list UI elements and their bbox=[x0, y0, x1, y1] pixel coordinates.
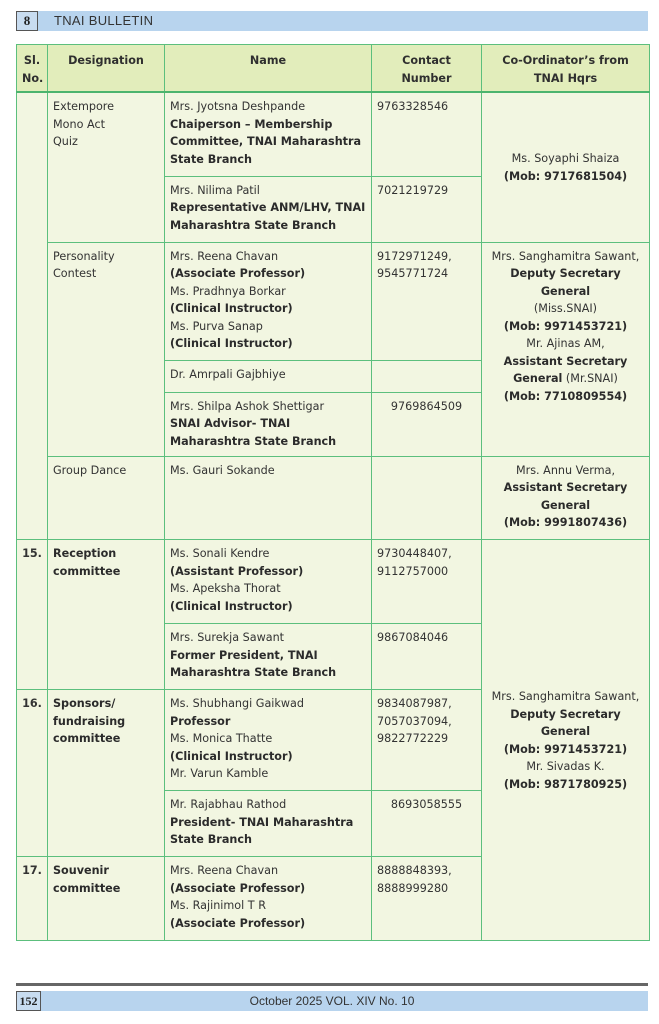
designation-text: Personality bbox=[53, 248, 159, 266]
person-role: Professor bbox=[170, 713, 366, 731]
name-cell: Ms. Shubhangi Gaikwad Professor Ms. Moni… bbox=[165, 690, 372, 791]
person-name: Ms. Shubhangi Gaikwad bbox=[170, 695, 366, 713]
contact-number: 9730448407, bbox=[377, 545, 476, 563]
name-cell: Mrs. Shilpa Ashok Shettigar SNAI Advisor… bbox=[165, 392, 372, 456]
name-cell: Mrs. Jyotsna Deshpande Chaiperson – Memb… bbox=[165, 92, 372, 176]
designation-text: committee bbox=[53, 730, 159, 748]
contact-cell bbox=[372, 456, 482, 540]
coordinator-name: Ms. Soyaphi Shaiza bbox=[487, 150, 644, 168]
person-name: Ms. Rajinimol T R bbox=[170, 897, 366, 915]
person-name: Ms. Apeksha Thorat bbox=[170, 580, 366, 598]
table-row: Extempore Mono Act Quiz Mrs. Jyotsna Des… bbox=[17, 92, 650, 176]
person-name: Mrs. Jyotsna Deshpande bbox=[170, 98, 366, 116]
coordinator-name: Mrs. Sanghamitra Sawant, bbox=[487, 688, 644, 706]
col-header-sl: Sl. No. bbox=[17, 45, 48, 93]
name-cell: Mrs. Nilima Patil Representative ANM/LHV… bbox=[165, 176, 372, 242]
coordinator-title: General bbox=[487, 497, 644, 515]
col-header-name: Name bbox=[165, 45, 372, 93]
col-header-text: No. bbox=[22, 70, 42, 88]
col-header-contact: Contact Number bbox=[372, 45, 482, 93]
person-role: President- TNAI Maharashtra State Branch bbox=[170, 814, 366, 849]
footer-page-number: 152 bbox=[16, 991, 41, 1011]
person-role: (Clinical Instructor) bbox=[170, 300, 366, 318]
coordinator-title: Deputy Secretary General bbox=[487, 265, 644, 300]
bulletin-title: TNAI BULLETIN bbox=[54, 11, 153, 31]
coordinator-cell: Ms. Soyaphi Shaiza (Mob: 9717681504) bbox=[482, 92, 650, 242]
designation-text: committee bbox=[53, 880, 159, 898]
coordinator-title: Deputy Secretary General bbox=[487, 706, 644, 741]
table-row: Personality Contest Mrs. Reena Chavan (A… bbox=[17, 242, 650, 360]
coordinator-name: Mr. Sivadas K. bbox=[487, 758, 644, 776]
coordinator-note: (Miss.SNAI) bbox=[487, 300, 644, 318]
coordinator-cell: Mrs. Sanghamitra Sawant, Deputy Secretar… bbox=[482, 242, 650, 456]
person-name: Mrs. Surekja Sawant bbox=[170, 629, 366, 647]
contact-number: 9112757000 bbox=[377, 563, 476, 581]
person-name: Mr. Varun Kamble bbox=[170, 765, 366, 783]
person-name: Mrs. Reena Chavan bbox=[170, 862, 366, 880]
designation-text: Souvenir bbox=[53, 862, 159, 880]
issue-info: October 2025 VOL. XIV No. 10 bbox=[16, 991, 648, 1011]
contact-cell: 8693058555 bbox=[372, 791, 482, 857]
contact-cell: 9769864509 bbox=[372, 392, 482, 456]
person-name: Mrs. Reena Chavan bbox=[170, 248, 366, 266]
col-header-text: TNAI Hqrs bbox=[487, 70, 644, 88]
person-role: (Clinical Instructor) bbox=[170, 748, 366, 766]
coordinator-mobile: (Mob: 7710809554) bbox=[487, 388, 644, 406]
coordinator-mobile: (Mob: 9871780925) bbox=[487, 776, 644, 794]
contact-number: 9172971249, bbox=[377, 248, 476, 266]
coordinator-title: Assistant Secretary bbox=[487, 479, 644, 497]
person-role: (Clinical Instructor) bbox=[170, 335, 366, 353]
name-cell: Mrs. Reena Chavan (Associate Professor) … bbox=[165, 857, 372, 941]
person-role: Representative ANM/LHV, TNAI Maharashtra… bbox=[170, 199, 366, 234]
designation-text: Reception bbox=[53, 545, 159, 563]
person-name: Mrs. Nilima Patil bbox=[170, 182, 366, 200]
coordinator-note: (Mr.SNAI) bbox=[566, 372, 618, 385]
designation-cell: Extempore Mono Act Quiz bbox=[48, 92, 165, 242]
contact-number: 7057037094, bbox=[377, 713, 476, 731]
table-row: 15. Reception committee Ms. Sonali Kendr… bbox=[17, 540, 650, 624]
sl-cell: 17. bbox=[17, 857, 48, 941]
contact-number: 9822772229 bbox=[377, 730, 476, 748]
table-row: Group Dance Ms. Gauri Sokande Mrs. Annu … bbox=[17, 456, 650, 540]
designation-text: Sponsors/ bbox=[53, 695, 159, 713]
contact-cell: 9867084046 bbox=[372, 624, 482, 690]
person-name: Ms. Sonali Kendre bbox=[170, 545, 366, 563]
person-role: (Clinical Instructor) bbox=[170, 598, 366, 616]
sl-cell: 15. bbox=[17, 540, 48, 690]
coordinator-mobile: (Mob: 9971453721) bbox=[487, 318, 644, 336]
name-cell: Dr. Amrpali Gajbhiye bbox=[165, 360, 372, 392]
person-role: (Assistant Professor) bbox=[170, 563, 366, 581]
col-header-designation: Designation bbox=[48, 45, 165, 93]
contact-number: 8888848393, bbox=[377, 862, 476, 880]
name-cell: Mrs. Surekja Sawant Former President, TN… bbox=[165, 624, 372, 690]
designation-text: fundraising bbox=[53, 713, 159, 731]
sl-cell bbox=[17, 92, 48, 540]
designation-text: Contest bbox=[53, 265, 159, 283]
person-role: (Associate Professor) bbox=[170, 880, 366, 898]
footer-divider bbox=[16, 983, 648, 986]
coordinator-cell: Mrs. Annu Verma, Assistant Secretary Gen… bbox=[482, 456, 650, 540]
contact-cell: 9730448407, 9112757000 bbox=[372, 540, 482, 624]
contact-cell: 9763328546 bbox=[372, 92, 482, 176]
designation-text: committee bbox=[53, 563, 159, 581]
coordinator-mobile: (Mob: 9717681504) bbox=[487, 168, 644, 186]
coordinator-name: Mrs. Sanghamitra Sawant, bbox=[487, 248, 644, 266]
person-role: Former President, TNAI Maharashtra State… bbox=[170, 647, 366, 682]
coordinator-title: Assistant Secretary bbox=[487, 353, 644, 371]
name-cell: Ms. Sonali Kendre (Assistant Professor) … bbox=[165, 540, 372, 624]
contact-cell: 7021219729 bbox=[372, 176, 482, 242]
contact-number: 9834087987, bbox=[377, 695, 476, 713]
header-page-number: 8 bbox=[16, 11, 38, 31]
person-name: Ms. Pradhnya Borkar bbox=[170, 283, 366, 301]
contact-cell bbox=[372, 360, 482, 392]
col-header-text: Co-Ordinator’s from bbox=[487, 52, 644, 70]
person-name: Dr. Amrpali Gajbhiye bbox=[170, 366, 366, 384]
person-name: Ms. Gauri Sokande bbox=[170, 462, 366, 480]
person-role: SNAI Advisor- TNAI Maharashtra State Bra… bbox=[170, 415, 366, 450]
coordinator-mobile: (Mob: 9971453721) bbox=[487, 741, 644, 759]
person-role: Chaiperson – Membership Committee, TNAI … bbox=[170, 116, 366, 169]
name-cell: Ms. Gauri Sokande bbox=[165, 456, 372, 540]
designation-cell: Personality Contest bbox=[48, 242, 165, 456]
contact-cell: 9834087987, 7057037094, 9822772229 bbox=[372, 690, 482, 791]
person-role: (Associate Professor) bbox=[170, 915, 366, 933]
col-header-coordinator: Co-Ordinator’s from TNAI Hqrs bbox=[482, 45, 650, 93]
designation-text: Quiz bbox=[53, 133, 159, 151]
person-name: Mrs. Shilpa Ashok Shettigar bbox=[170, 398, 366, 416]
designation-text: Extempore bbox=[53, 98, 159, 116]
designation-cell: Group Dance bbox=[48, 456, 165, 540]
col-header-text: Sl. bbox=[22, 52, 42, 70]
sl-cell: 16. bbox=[17, 690, 48, 857]
designation-cell: Sponsors/ fundraising committee bbox=[48, 690, 165, 857]
coordinator-name: Mrs. Annu Verma, bbox=[487, 462, 644, 480]
contact-cell: 9172971249, 9545771724 bbox=[372, 242, 482, 360]
coordinator-title: General bbox=[513, 372, 562, 385]
coordinator-name: Mr. Ajinas AM, bbox=[487, 335, 644, 353]
person-name: Ms. Monica Thatte bbox=[170, 730, 366, 748]
coordinator-cell: Mrs. Sanghamitra Sawant, Deputy Secretar… bbox=[482, 540, 650, 941]
name-cell: Mrs. Reena Chavan (Associate Professor) … bbox=[165, 242, 372, 360]
table-header-row: Sl. No. Designation Name Contact Number … bbox=[17, 45, 650, 93]
committee-table: Sl. No. Designation Name Contact Number … bbox=[16, 44, 650, 541]
designation-text: Group Dance bbox=[53, 462, 159, 480]
person-name: Mr. Rajabhau Rathod bbox=[170, 796, 366, 814]
contact-number: 8888999280 bbox=[377, 880, 476, 898]
name-cell: Mr. Rajabhau Rathod President- TNAI Maha… bbox=[165, 791, 372, 857]
person-role: (Associate Professor) bbox=[170, 265, 366, 283]
contact-number: 9545771724 bbox=[377, 265, 476, 283]
designation-cell: Souvenir committee bbox=[48, 857, 165, 941]
person-name: Ms. Purva Sanap bbox=[170, 318, 366, 336]
committee-table-continued: 15. Reception committee Ms. Sonali Kendr… bbox=[16, 539, 650, 941]
coordinator-mobile: (Mob: 9991807436) bbox=[487, 514, 644, 532]
designation-cell: Reception committee bbox=[48, 540, 165, 690]
contact-cell: 8888848393, 8888999280 bbox=[372, 857, 482, 941]
designation-text: Mono Act bbox=[53, 116, 159, 134]
